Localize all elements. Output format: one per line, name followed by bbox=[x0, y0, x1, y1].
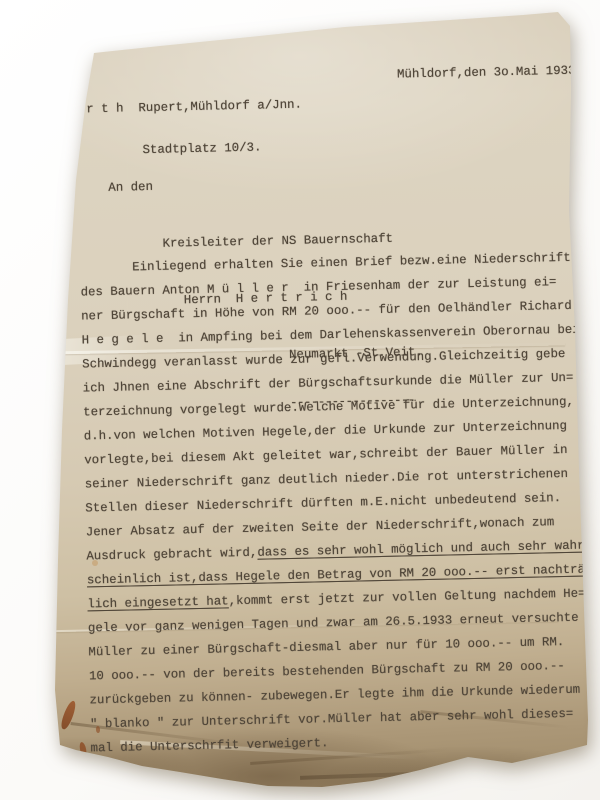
letter-text: mal die Unterschrfit verweigert. bbox=[90, 736, 328, 755]
letter-content: B a r t h Rupert,Mühldorf a/Jnn. Stadtpl… bbox=[55, 24, 598, 787]
letter-text: Ausdruck gebracht wird, bbox=[86, 546, 257, 564]
date-line: Mühldorf,den 3o.Mai 1933. bbox=[397, 63, 585, 179]
page-continuation-mark: :/: bbox=[573, 758, 599, 773]
rust-stain bbox=[56, 762, 69, 771]
rust-stain bbox=[43, 632, 51, 643]
letter-body: Einliegend erhalten Sie einen Brief bezw… bbox=[80, 245, 598, 760]
underlined-text: lich eingesetzt hat bbox=[87, 594, 229, 611]
sender-name: B a r t h Rupert,Mühldorf a/Jnn. bbox=[56, 98, 302, 117]
underlined-text: dass es sehr wohl möglich und auch sehr … bbox=[257, 539, 584, 560]
paper-shadow: B a r t h Rupert,Mühldorf a/Jnn. Stadtpl… bbox=[0, 0, 600, 800]
recipient-salutation: An den bbox=[108, 167, 419, 203]
paper-sheet: B a r t h Rupert,Mühldorf a/Jnn. Stadtpl… bbox=[0, 0, 600, 800]
letter-text: ,kommt erst jetzt zur vollen Geltung nac… bbox=[229, 587, 586, 609]
